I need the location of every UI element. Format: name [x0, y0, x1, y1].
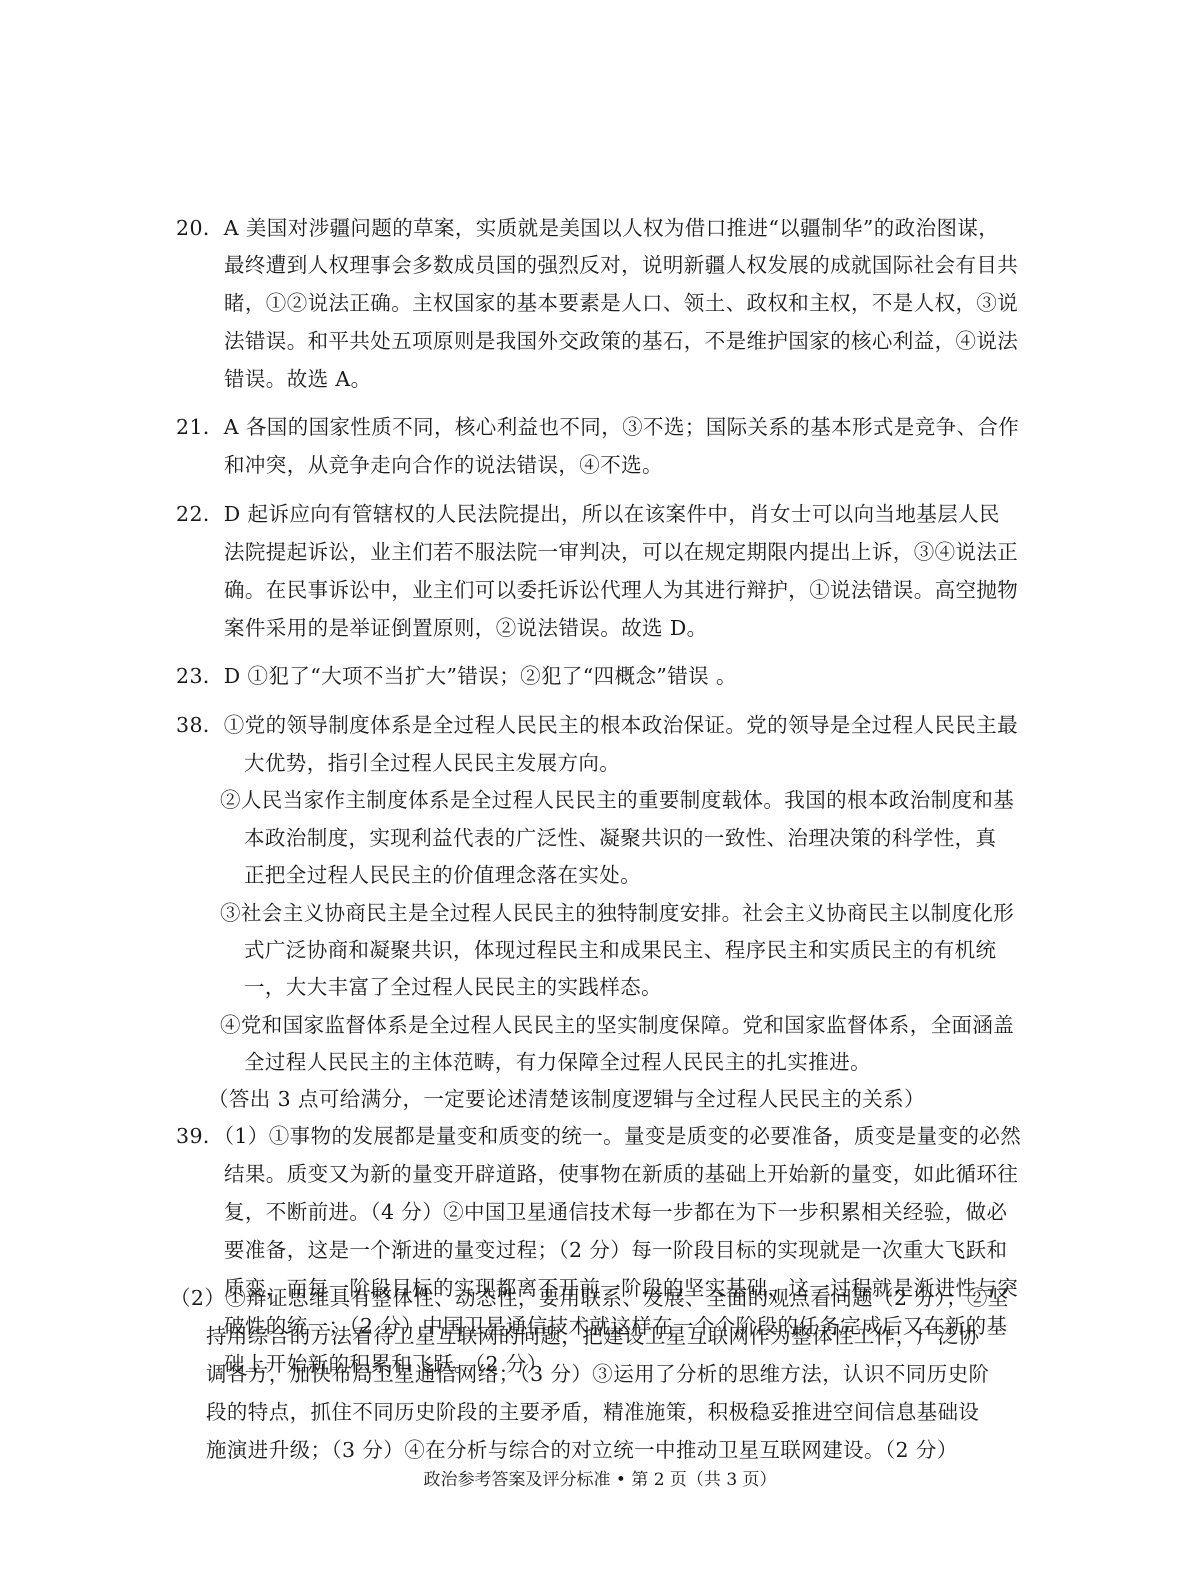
- answer-line-q39-2: 段的特点，抓住不同历史阶段的主要矛盾，精准施策，积极稳妥推进空间信息基础设: [206, 1397, 979, 1427]
- document-page: 20．A 美国对涉疆问题的草案，实质就是美国以人权为借口推进“以疆制华”的政治图…: [0, 0, 1200, 1573]
- answer-line-q39-1: 复，不断前进。（4 分）②中国卫星通信技术每一步都在为下一步积累相关经验，做必: [224, 1197, 1007, 1227]
- answer-line-q20: 睹，①②说法正确。主权国家的基本要素是人口、领土、政权和主权，不是人权，③说: [224, 288, 1018, 318]
- answer-line-q20: 20．A 美国对涉疆问题的草案，实质就是美国以人权为借口推进“以疆制华”的政治图…: [176, 213, 999, 243]
- answer-line-q39-2: 调各方，加快布局卫星通信网络；（3 分）③运用了分析的思维方法，认识不同历史阶: [206, 1359, 989, 1389]
- answer-line-q38: 全过程人民民主的主体范畴，有力保障全过程人民民主的扎实推进。: [244, 1047, 871, 1077]
- answer-line-q38: ②人民当家作主制度体系是全过程人民民主的重要制度载体。我国的根本政治制度和基: [220, 785, 1014, 815]
- answer-line-q22: 法院提起诉讼，业主们若不服法院一审判决，可以在规定期限内提出上诉，③④说法正: [224, 537, 1018, 567]
- answer-line-q22: 22．D 起诉应向有管辖权的人民法院提出，所以在该案件中，肖女士可以向当地基层人…: [176, 499, 1000, 529]
- answer-line-q38: 本政治制度，实现利益代表的广泛性、凝聚共识的一致性、治理决策的科学性，真: [244, 823, 996, 853]
- answer-line-q38: 正把全过程人民民主的价值理念落在实处。: [244, 860, 641, 890]
- answer-line-q38: 一，大大丰富了全过程人民民主的实践样态。: [244, 972, 662, 1002]
- answer-line-q38: （答出 3 点可给满分，一定要论述清楚该制度逻辑与全过程人民民主的关系）: [208, 1084, 925, 1114]
- answer-line-q22: 确。在民事诉讼中，业主们可以委托诉讼代理人为其进行辩护，①说法错误。高空抛物: [224, 575, 1018, 605]
- answer-line-q20: 法错误。和平共处五项原则是我国外交政策的基石，不是维护国家的核心利益，④说法: [224, 326, 1018, 356]
- answer-line-q23: 23．D ①犯了“大项不当扩大”错误；②犯了“四概念”错误 。: [176, 661, 737, 691]
- answer-line-q38: 38．①党的领导制度体系是全过程人民民主的根本政治保证。党的领导是全过程人民民主…: [176, 710, 1018, 740]
- answer-line-q38: 大优势，指引全过程人民民主发展方向。: [244, 748, 620, 778]
- answer-line-q22: 案件采用的是举证倒置原则，②说法错误。故选 D。: [224, 613, 708, 643]
- answer-line-q20: 最终遭到人权理事会多数成员国的强烈反对，说明新疆人权发展的成就国际社会有目共: [224, 250, 1018, 280]
- answer-line-q39-1: 39．（1）①事物的发展都是量变和质变的统一。量变是质变的必要准备，质变是量变的…: [176, 1121, 1021, 1151]
- answer-line-q39-2: 持用综合的方法看待卫星互联网的问题，把建设卫星互联网作为整体性工作，广泛协: [206, 1321, 979, 1351]
- answer-line-q39-2: 施演进升级；（3 分）④在分析与综合的对立统一中推动卫星互联网建设。（2 分）: [206, 1435, 958, 1465]
- answer-line-q39-1: 要准备，这是一个渐进的量变过程；（2 分）每一阶段目标的实现就是一次重大飞跃和: [224, 1235, 1007, 1265]
- answer-line-q39-1: 结果。质变又为新的量变开辟道路，使事物在新质的基础上开始新的量变，如此循环往: [224, 1159, 1018, 1189]
- answer-line-q21: 21．A 各国的国家性质不同，核心利益也不同，③不选；国际关系的基本形式是竞争、…: [176, 412, 1019, 442]
- answer-line-q38: ③社会主义协商民主是全过程人民民主的独特制度安排。社会主义协商民主以制度化形: [220, 898, 1014, 928]
- answer-line-q21: 和冲突，从竞争走向合作的说法错误，④不选。: [224, 450, 663, 480]
- answer-line-q38: 式广泛协商和凝聚共识，体现过程民主和成果民主、程序民主和实质民主的有机统: [244, 935, 996, 965]
- page-footer: 政治参考答案及评分标准 • 第 2 页（共 3 页）: [0, 1467, 1200, 1493]
- answer-line-q39-2: （2）①辩证思维具有整体性、动态性，要用联系、发展、全面的观点看问题（2 分）；…: [170, 1283, 1009, 1313]
- answer-line-q20: 错误。故选 A。: [224, 364, 372, 394]
- answer-line-q38: ④党和国家监督体系是全过程人民民主的坚实制度保障。党和国家监督体系，全面涵盖: [220, 1010, 1014, 1040]
